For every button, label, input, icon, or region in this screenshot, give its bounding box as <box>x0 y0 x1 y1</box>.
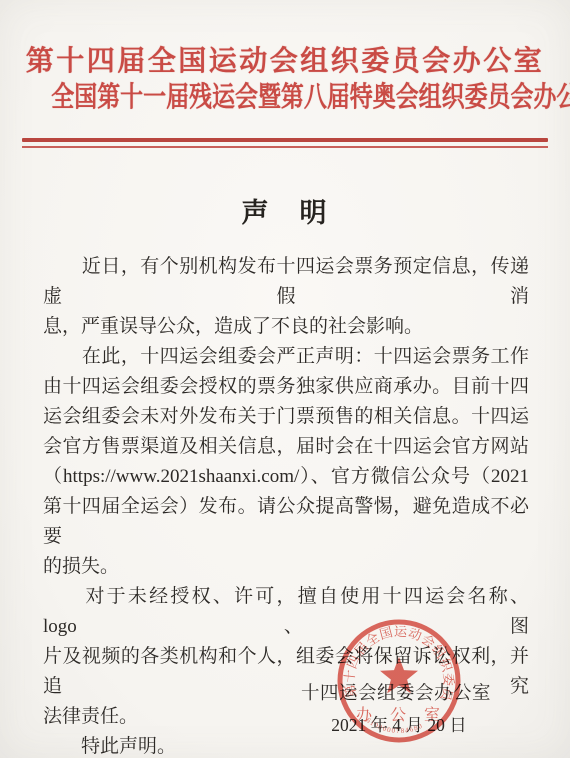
document-page: 第十四届全国运动会组织委员会办公室 全国第十一届残运会暨第八届特奥会组织委员会办… <box>0 0 570 758</box>
letterhead-line1: 第十四届全国运动会组织委员会办公室 <box>0 44 570 80</box>
body-line: 的损失。 <box>43 552 529 582</box>
body-line: 息，严重误导公众，造成了不良的社会影响。 <box>43 312 529 342</box>
body-line: 由十四运会组委会授权的票务独家供应商承办。目前十四 <box>43 372 529 402</box>
body-line: 近日，有个别机构发布十四运会票务预定信息，传递虚假消 <box>43 252 529 312</box>
body-line: 运会组委会未对外发布关于门票预售的相关信息。十四运 <box>43 402 529 432</box>
signature-name: 十四运会组委会办公室 <box>301 683 497 705</box>
letterhead-line2: 全国第十一届残运会暨第八届特奥会组织委员会办公室 <box>51 80 518 116</box>
document-title: 声 明 <box>0 191 570 230</box>
letterhead: 第十四届全国运动会组织委员会办公室 全国第十一届残运会暨第八届特奥会组织委员会办… <box>0 44 570 116</box>
letterhead-divider <box>22 138 548 148</box>
body-line: 第十四届全运会）发布。请公众提高警惕，避免造成不必要 <box>43 492 529 552</box>
body-line: 会官方售票渠道及相关信息，届时会在十四运会官方网站 <box>43 432 529 462</box>
signature-date: 2021 年 4 月 20 日 <box>301 714 497 736</box>
body-line: 在此，十四运会组委会严正声明：十四运会票务工作 <box>43 342 529 372</box>
divider-thick-line <box>22 138 548 142</box>
signature-block: 十四运会组委会办公室 2021 年 4 月 20 日 <box>301 683 497 736</box>
body-line: （https://www.2021shaanxi.com/）、官方微信公众号（2… <box>43 462 529 492</box>
body-line: 对于未经授权、许可，擅自使用十四运会名称、logo、图 <box>43 582 529 642</box>
divider-thin-line <box>22 146 548 148</box>
